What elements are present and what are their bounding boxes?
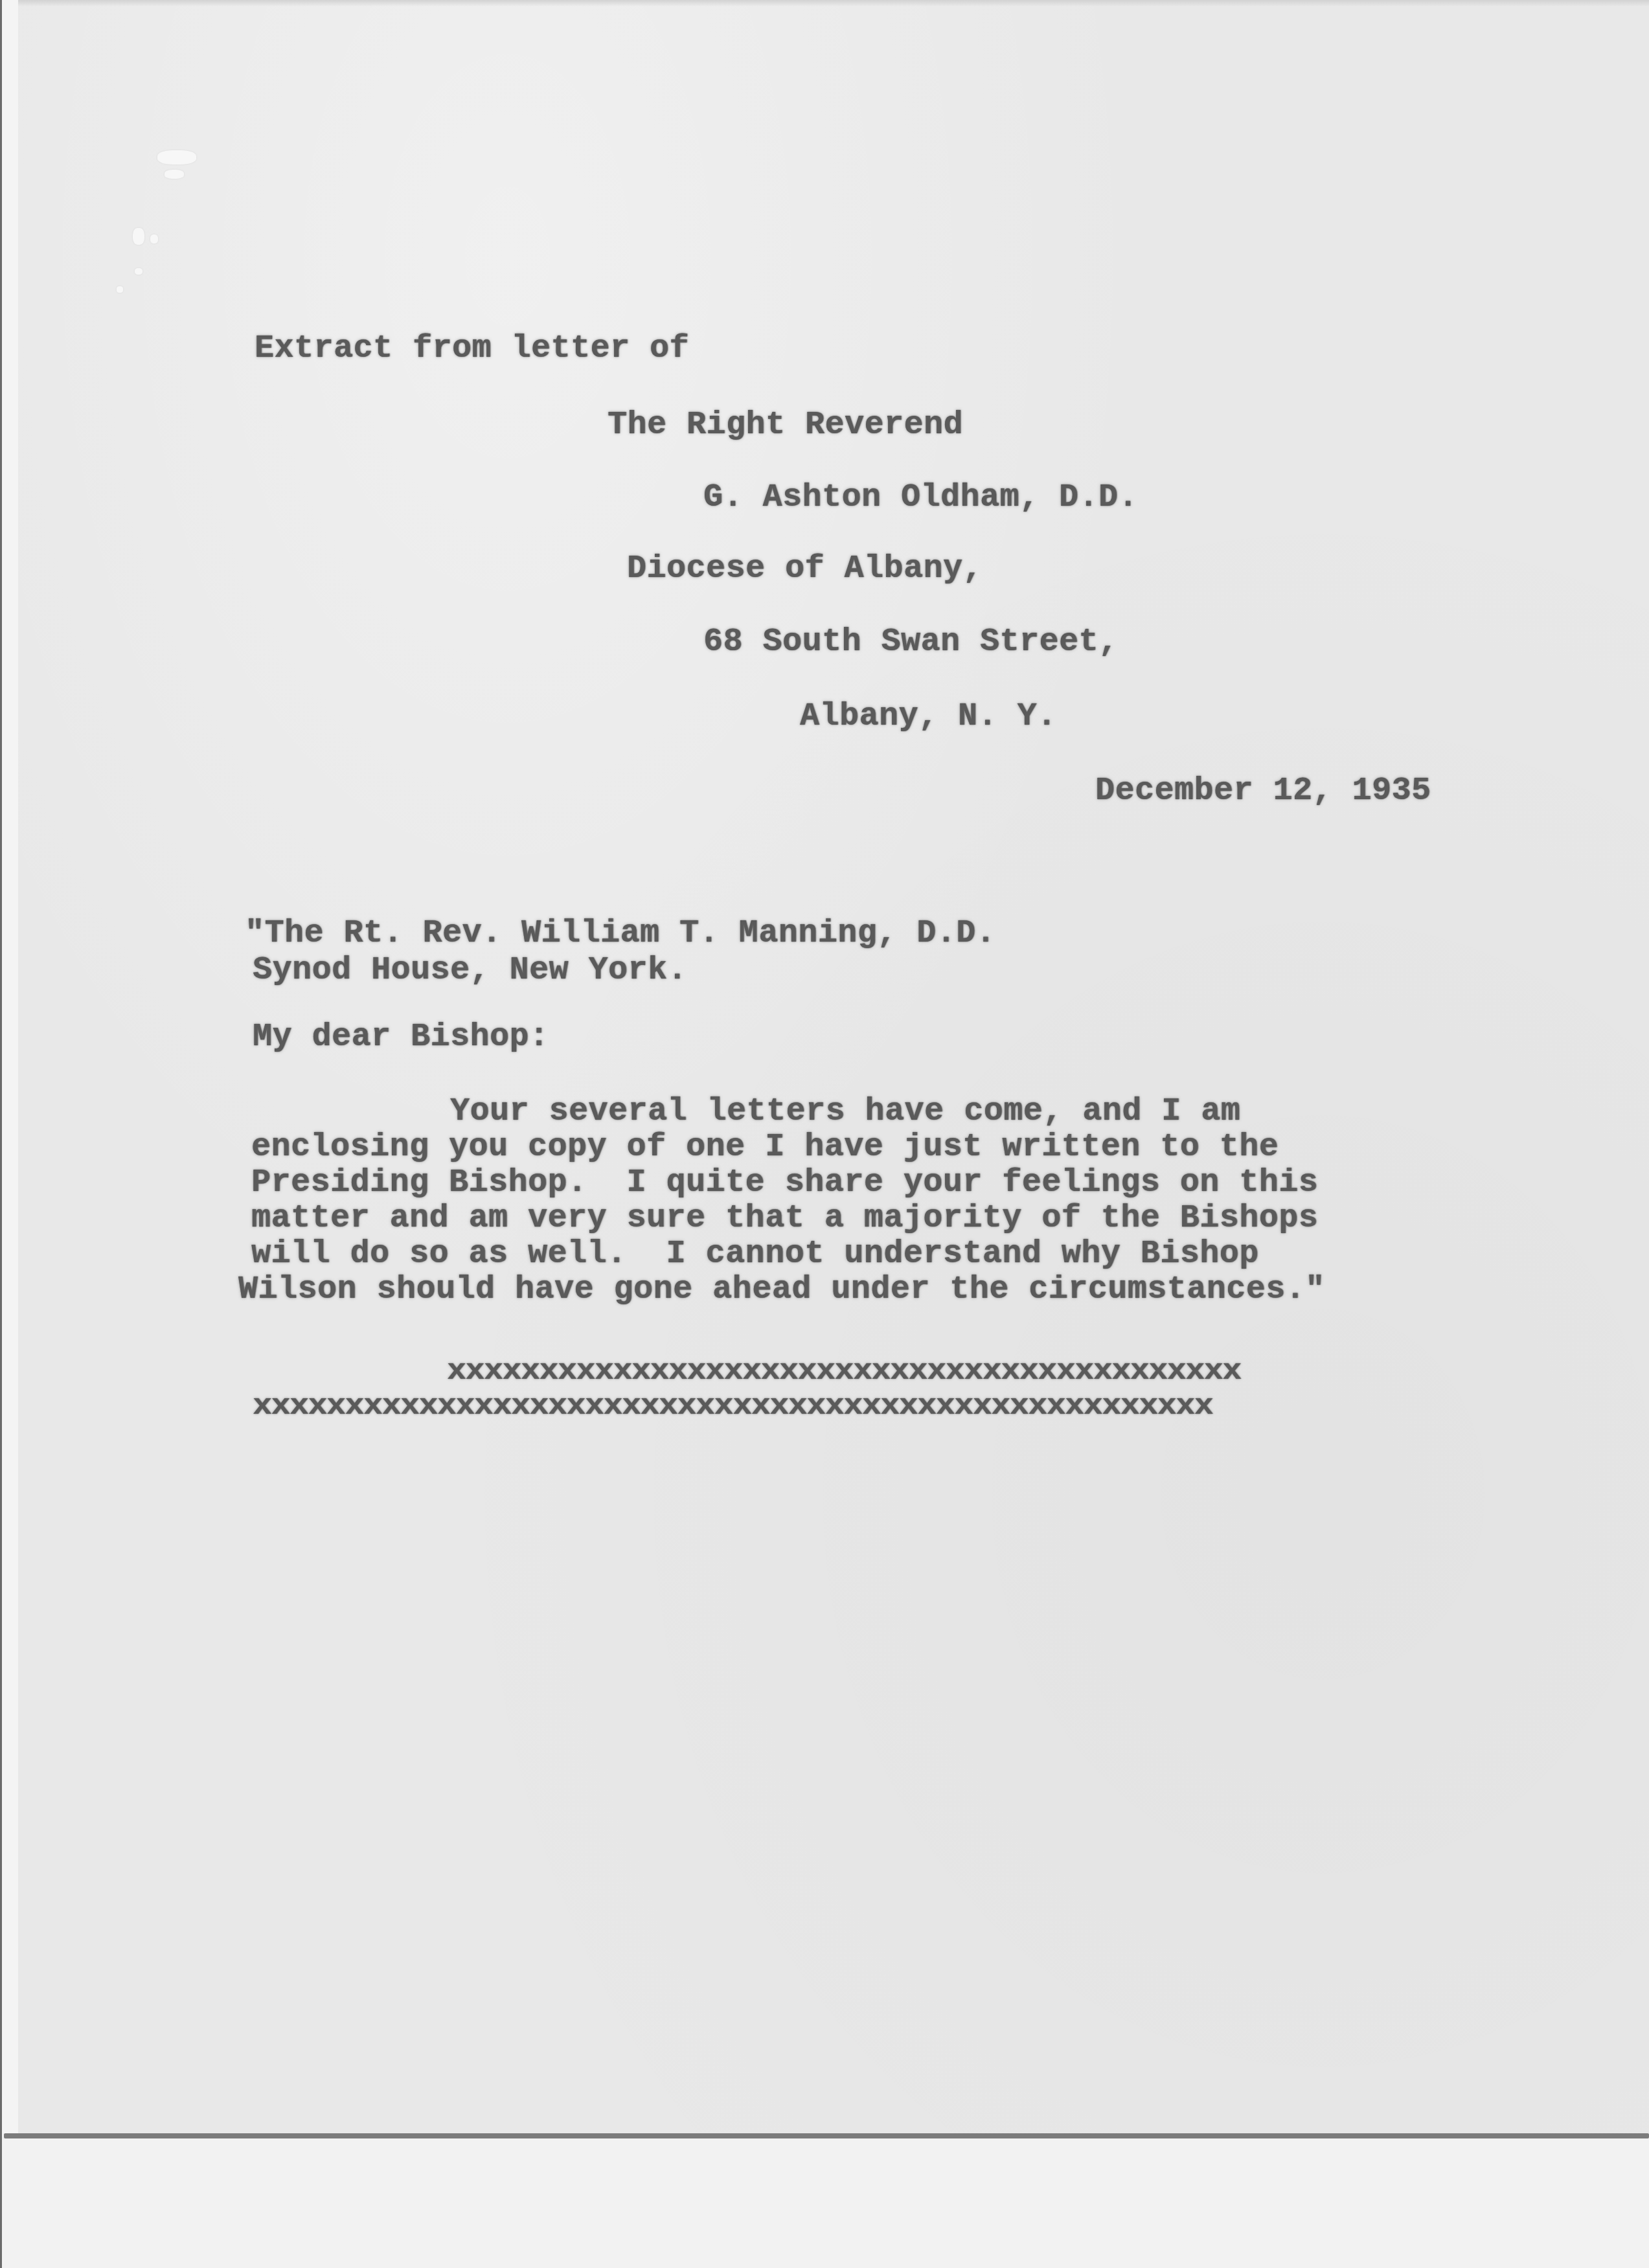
body-line: will do so as well. I cannot understand … [251,1238,1259,1271]
strikeout-row-1: xxxxxxxxxxxxxxxxxxxxxxxxxxxxxxxxxxxxxxxx… [447,1357,1241,1387]
staple-tear-mark [165,170,184,179]
letter-date: December 12, 1935 [1095,775,1431,808]
paper-bottom-edge [4,2133,1649,2138]
paper-top-shadow [18,0,1649,6]
scanner-bed [2,2138,1649,2268]
sender-diocese: Diocese of Albany, [627,553,983,585]
body-line: Your several letters have come, and I am [450,1096,1240,1128]
staple-tear-mark [135,268,142,275]
body-line: enclosing you copy of one I have just wr… [251,1131,1279,1164]
strikeout-row-2: xxxxxxxxxxxxxxxxxxxxxxxxxxxxxxxxxxxxxxxx… [253,1392,1212,1422]
staple-tear-mark [150,234,158,244]
staple-tear-mark [117,286,123,293]
recipient-line-1: "The Rt. Rev. William T. Manning, D.D. [245,918,995,950]
staple-tear-mark [133,228,144,245]
staple-tear-mark [157,150,196,164]
sender-street: 68 South Swan Street, [703,626,1119,659]
body-line: Presiding Bishop. I quite share your fee… [251,1167,1318,1199]
body-line: Wilson should have gone ahead under the … [238,1274,1325,1306]
recipient-line-2: Synod House, New York. [253,955,687,987]
extract-heading: Extract from letter of [255,333,689,365]
sender-title: The Right Reverend [608,409,963,442]
salutation: My dear Bishop: [253,1021,549,1054]
sender-city: Albany, N. Y. [800,701,1057,733]
scan-margin-strip [2,0,18,2137]
sender-name: G. Ashton Oldham, D.D. [703,482,1138,514]
body-line: matter and am very sure that a majority … [251,1203,1318,1235]
paper-sheet [18,0,1649,2135]
